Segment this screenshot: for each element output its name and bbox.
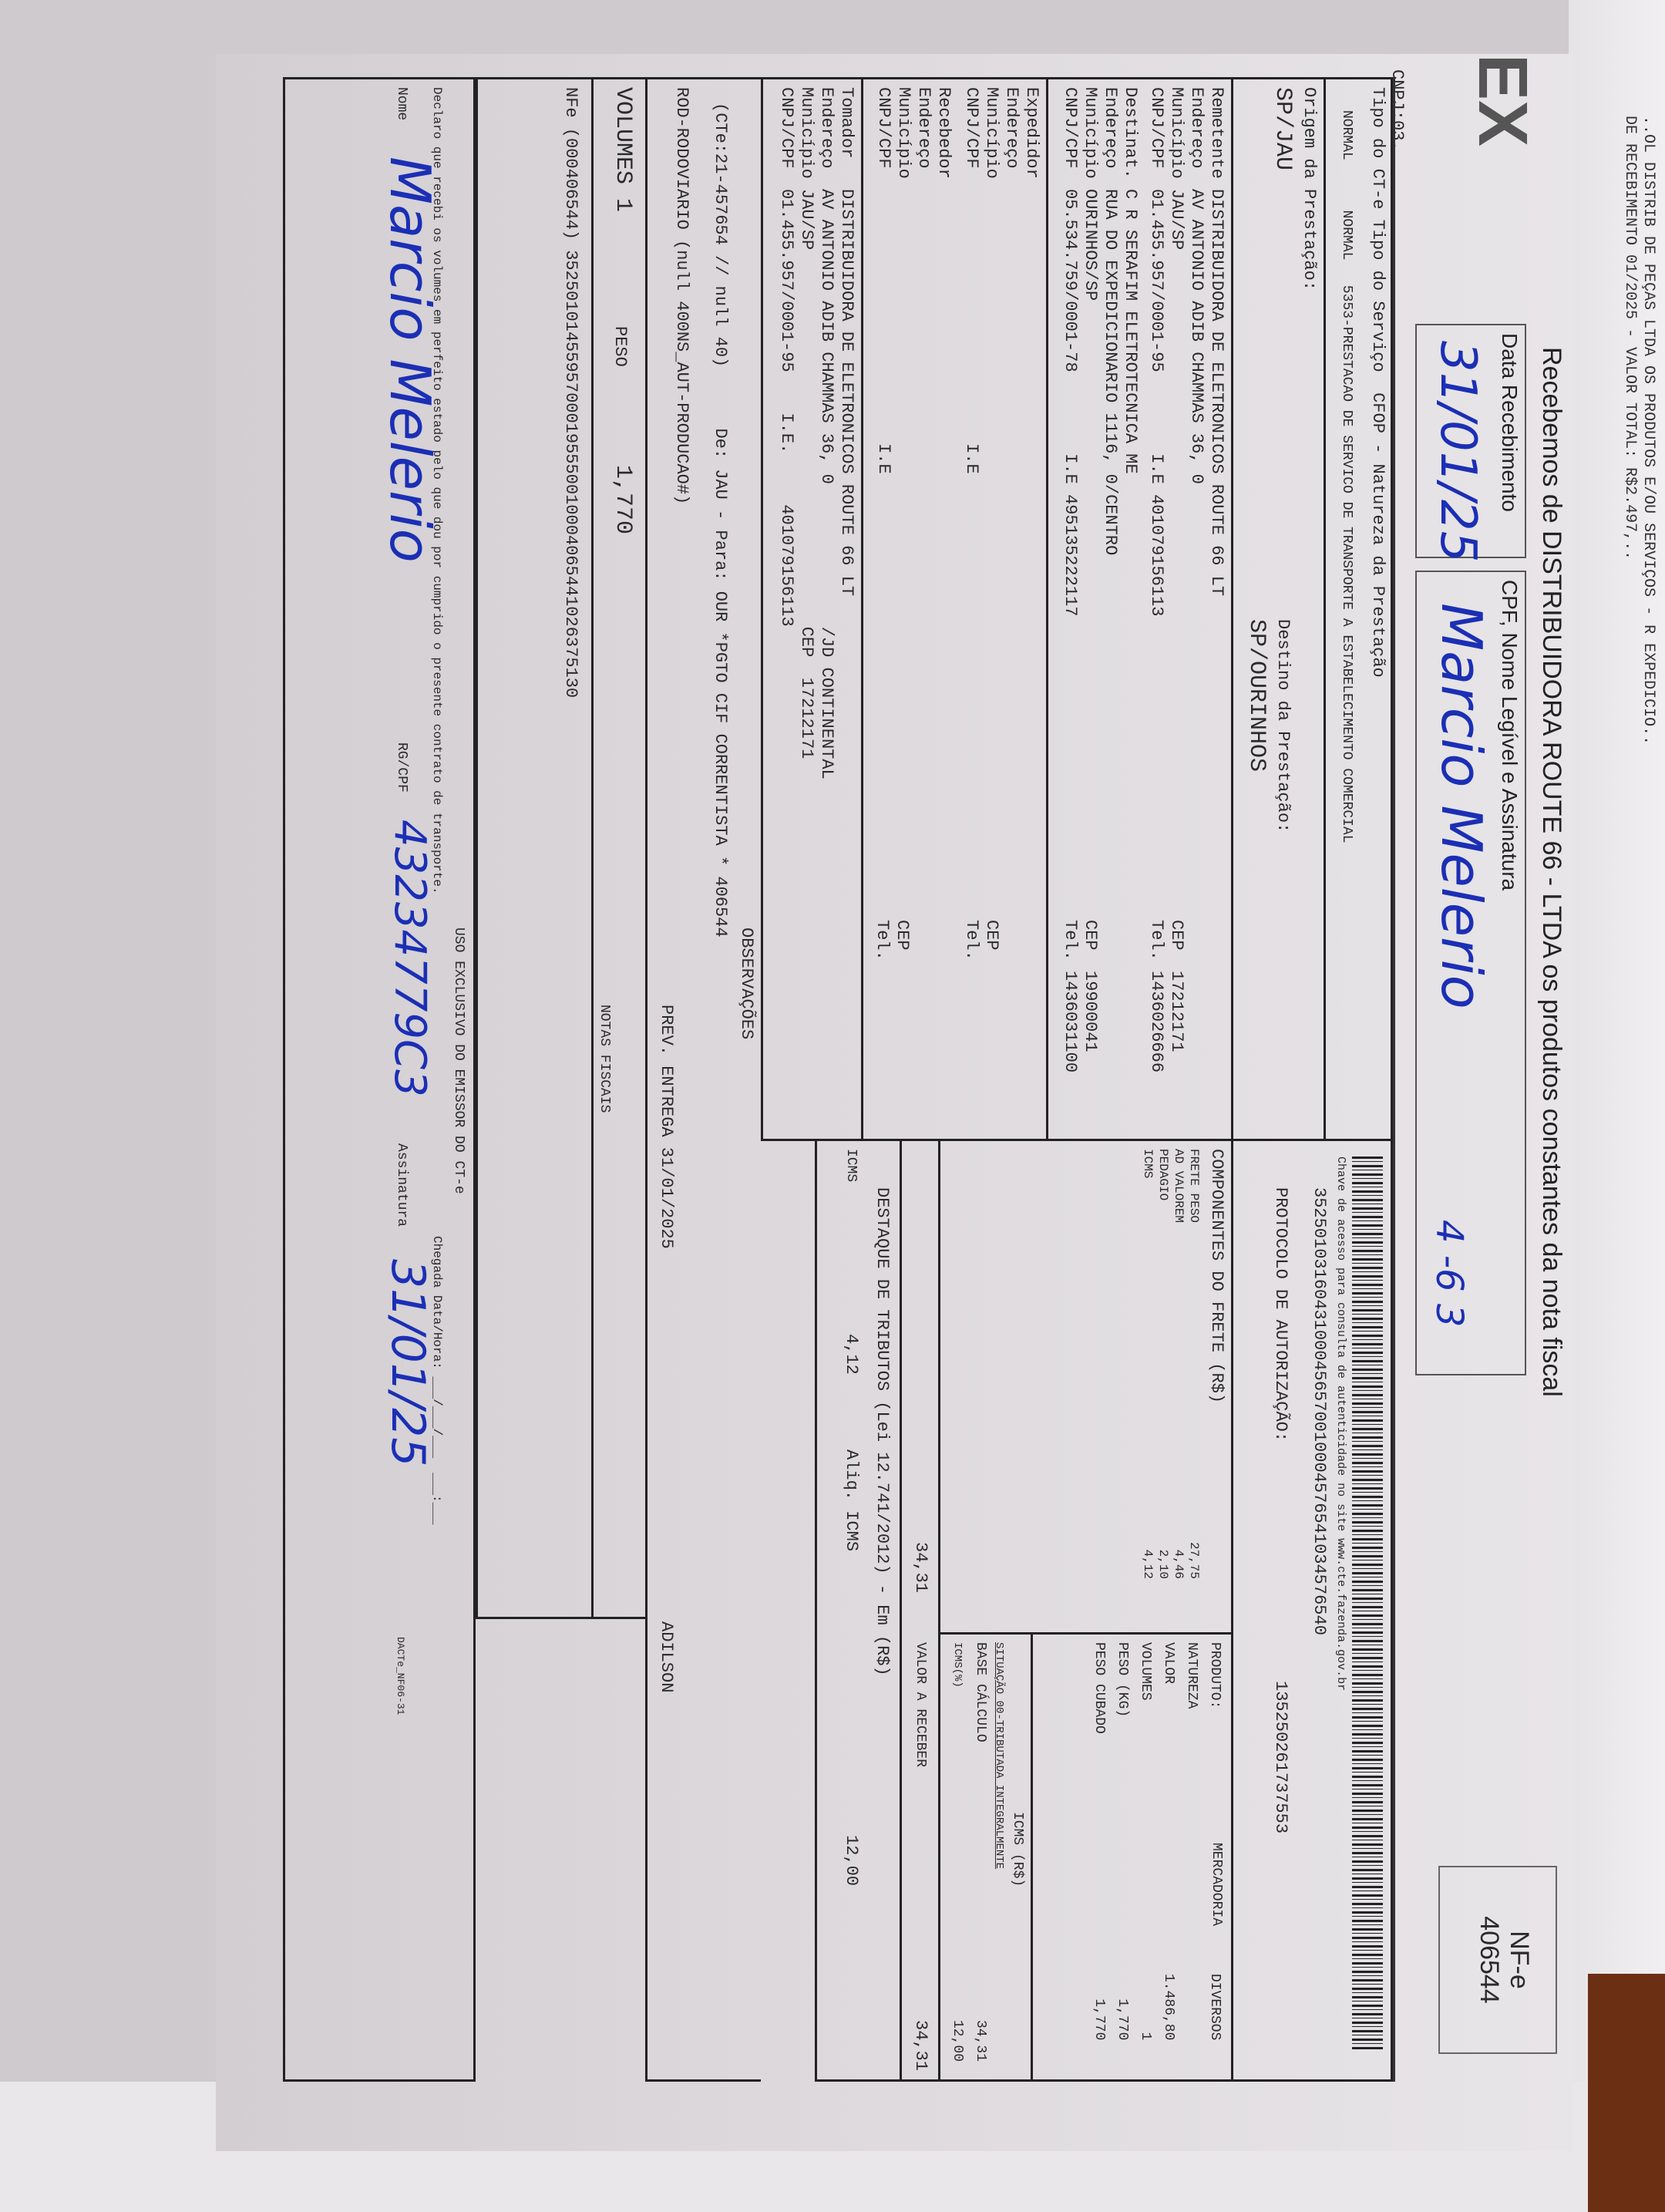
receipt-signature-value: Marcio Melerio (1429, 603, 1494, 1009)
freight-components-section: COMPONENTES DO FRETE (R$) FRETE PESO AD … (938, 1141, 1231, 1635)
sender-cep-tel: CEP 17212171 Tel. 1436026666 (1146, 920, 1186, 1072)
shipper-receiver-section: Expedidor Endereço Município CNPJ/CPF I.… (861, 77, 1046, 1141)
origin-label: Origem da Prestação: (1299, 87, 1319, 291)
protocol-label: PROTOCOLO DE AUTORIZAÇÃO: (1270, 1187, 1290, 1442)
goods-section: PRODUTO: NATUREZA VALOR VOLUMES PESO (KG… (1031, 1635, 1231, 2082)
underlying-receipt-text: ..OL DISTRIB DE PEÇAS LTDA OS PRODUTOS E… (1620, 116, 1657, 745)
table-surface (1588, 1974, 1665, 2212)
dacte-body: Tipo do CT-e Tipo do Serviço CFOP - Natu… (275, 77, 1395, 2082)
receiver-cep-tel: CEP Tel. (872, 920, 912, 961)
cargo-weight-value: 1,770 (613, 465, 633, 534)
name-label: Nome (392, 87, 412, 120)
access-key-value[interactable]: 3525010316043100045657001000457654103457… (1309, 1187, 1329, 1635)
driver-name: ADILSON (656, 1621, 676, 1692)
signature-label: Assinatura (392, 1143, 412, 1227)
service-type-section: Tipo do CT-e Tipo do Serviço CFOP - Natu… (1324, 77, 1393, 1141)
icms-rate-label: ICMS(%) (947, 1642, 967, 1688)
observations-title: OBSERVAÇÕES (736, 928, 756, 1039)
origin-value: SP/JAU (1273, 87, 1293, 170)
cargo-volumes: VOLUMES 1 (613, 87, 633, 212)
taxes-rate-label: Aliq. ICMS (841, 1449, 861, 1551)
shipper-block: Expedidor Endereço Município CNPJ/CPF I.… (961, 87, 1041, 474)
service-type-labels: Tipo do CT-e Tipo do Serviço CFOP - Natu… (1367, 87, 1387, 678)
recipient-block: Destinat. C R SERAFIM ELETROTECNICA ME E… (1060, 87, 1140, 617)
amount-due-value: 34,31 (910, 2020, 930, 2071)
icms-base-label: BASE CÁLCULO (970, 1642, 991, 1742)
sender-destination-section: Remetente DISTRIBUIDORA DE ELETRONICOS R… (1046, 77, 1231, 1141)
receipt-signature-box[interactable]: CPF, Nome Legível e Assinatura Marcio Me… (1415, 571, 1526, 1375)
logo-fragment: EX (1418, 54, 1542, 170)
rg-value: 43234779C3 (385, 820, 435, 1097)
underlying-line-1: DE RECEBIMENTO 01/2025 - VALOR TOTAL: R$… (1620, 116, 1639, 745)
destination-value: SP/OURINHOS (1246, 619, 1266, 772)
freight-components-list: FRETE PESO AD VALOREM PEDAGIO ICMS (1140, 1149, 1202, 1223)
delivery-receipt-section: USO EXCLUSIVO DO EMISSOR DO CT-e Declaro… (283, 77, 476, 2082)
observations-line-1: (CTe:21-457654 // null 40) De: JAU - Par… (710, 103, 730, 938)
access-key-label: Chave de acesso para consulta de autenti… (1334, 1157, 1347, 1691)
cargo-section: VOLUMES 1 PESO 1,770 NOTAS FISCAIS (591, 77, 645, 1619)
barcode-icon (1352, 1157, 1383, 2051)
handwritten-note: 4 -6 3 (1428, 1220, 1471, 1327)
receipt-date-value: 31/01/25 (1429, 341, 1486, 562)
recipient-cep-tel: CEP 19900041 Tel. 1436031100 (1060, 920, 1100, 1072)
observations-section: OBSERVAÇÕES (CTe:21-457654 // null 40) D… (645, 77, 761, 2082)
service-type-values: NORMAL NORMAL 5353-PRESTACAO DE SERVICO … (1337, 110, 1357, 843)
shipper-cep-tel: CEP Tel. (961, 920, 1001, 961)
freight-total-value: 34,31 (910, 1542, 930, 1593)
dacte-document: Recebemos de DISTRIBUIDORA ROUTE 66 - LT… (216, 54, 1572, 2151)
observations-line-2: ROD-RODOVIARIO (null 400NS_AUT-PRODUCAO#… (671, 87, 691, 504)
sender-block: Remetente DISTRIBUIDORA DE ELETRONICOS R… (1146, 87, 1226, 617)
destination-label: Destino da Prestação: (1273, 619, 1293, 833)
receipt-date-label: Data Recebimento (1497, 333, 1522, 512)
taxes-section: DESTAQUE DE TRIBUTOS (Lei 12.741/2012) -… (815, 1141, 900, 2082)
amount-due-label: VALOR A RECEBER (910, 1642, 930, 1767)
nfe-number-box: NF-e 406544 (1438, 1866, 1557, 2054)
freight-components-title: COMPONENTES DO FRETE (R$) (1206, 1149, 1226, 1403)
icms-base-value: 34,31 (970, 2020, 991, 2062)
receipt-title: Recebemos de DISTRIBUIDORA ROUTE 66 - LT… (1536, 347, 1566, 1397)
goods-title: MERCADORIA (1206, 1843, 1226, 1926)
protocol-value: 135250261737553 (1270, 1681, 1290, 1833)
payer-block: Tomador DISTRIBUIDORA DE ELETRONICOS ROU… (776, 87, 856, 779)
freight-components-values: 27,75 4,46 2,10 4,12 (1140, 1542, 1202, 1579)
receipt-stub: Recebemos de DISTRIBUIDORA ROUTE 66 - LT… (1403, 185, 1572, 2066)
name-value: Marcio Melerio (378, 157, 442, 563)
underlying-line-2: ..OL DISTRIB DE PEÇAS LTDA OS PRODUTOS E… (1639, 116, 1657, 745)
goods-values: DIVERSOS 1.486,80 1 1,770 1,770 (1088, 1974, 1226, 2040)
taxes-icms-label: ICMS (841, 1149, 861, 1182)
invoices-line: NFe (000406544) 352501014559570001955500… (560, 87, 580, 698)
receipt-date-box[interactable]: Data Recebimento 31/01/25 (1415, 324, 1526, 558)
taxes-icms-value: 4,12 (841, 1334, 861, 1375)
goods-labels: PRODUTO: NATUREZA VALOR VOLUMES PESO (KG… (1088, 1642, 1226, 1734)
icms-situation: SITUAÇÃO 00-TRIBUTADA INTEGRALMENTE (989, 1642, 1009, 1869)
form-code: DACTe_NF06-31 (390, 1637, 410, 1715)
issuer-exclusive-use: USO EXCLUSIVO DO EMISSOR DO CT-e (449, 928, 469, 1194)
receipt-signature-label: CPF, Nome Legível e Assinatura (1497, 580, 1522, 891)
nfe-label: NF-e (1504, 1867, 1534, 2052)
nfe-number: 406544 (1474, 1867, 1504, 2052)
taxes-rate-value: 12,00 (841, 1835, 861, 1886)
payer-section: Tomador DISTRIBUIDORA DE ELETRONICOS ROU… (761, 77, 861, 1141)
icms-rate-value: 12,00 (947, 2020, 967, 2062)
signature-value: 31/01/25 (381, 1259, 435, 1466)
invoices-title: NOTAS FISCAIS (594, 1005, 614, 1113)
taxes-title: DESTAQUE DE TRIBUTOS (Lei 12.741/2012) -… (872, 1187, 892, 1676)
invoices-section: NFe (000406544) 352501014559570001955500… (476, 77, 591, 1619)
cargo-weight-label: PESO (610, 326, 630, 367)
icms-section: ICMS (R$) SITUAÇÃO 00-TRIBUTADA INTEGRAL… (938, 1635, 1031, 2082)
access-key-section: Chave de acesso para consulta de autenti… (1231, 1141, 1393, 2082)
receiver-block: Recebedor Endereço Município CNPJ/CPF I.… (873, 87, 954, 474)
icms-title: ICMS (R$) (1007, 1812, 1028, 1887)
route-section: Origem da Prestação: SP/JAU Destino da P… (1231, 77, 1324, 1141)
rg-label: RG/CPF (392, 742, 412, 793)
totals-section: 34,31 VALOR A RECEBER 34,31 (900, 1141, 938, 2082)
expected-delivery: PREV. ENTREGA 31/01/2025 (656, 1005, 676, 1249)
